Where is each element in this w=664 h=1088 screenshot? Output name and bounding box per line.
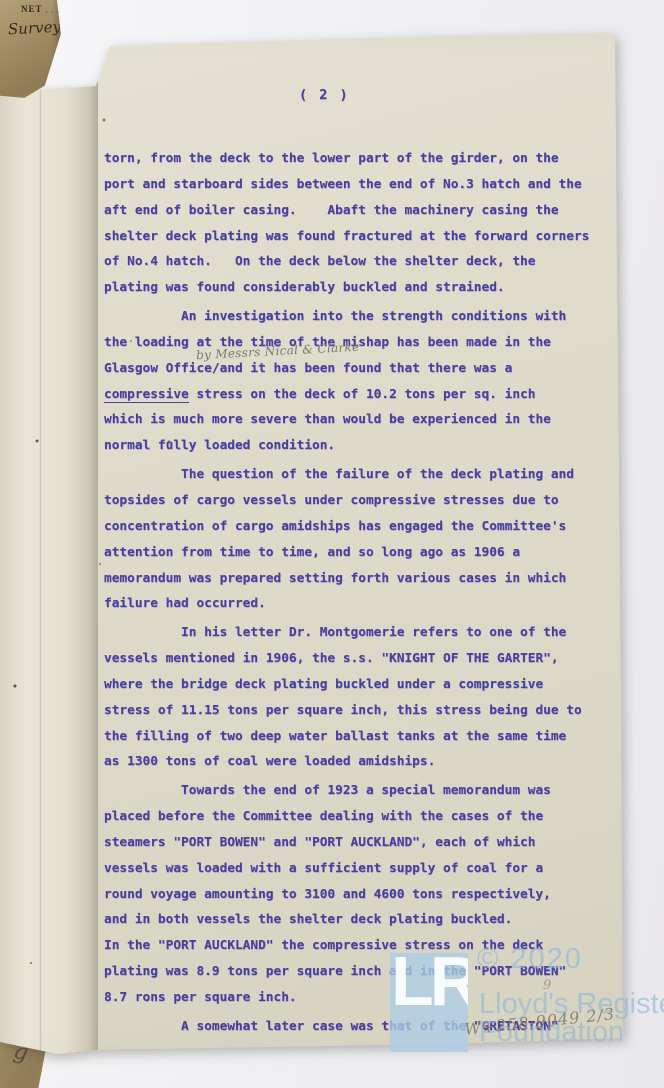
typewritten-line: attention from time to time, and so long… [104,540,616,566]
document-scan: g NET ..... Survey ( 2 ) torn, from the … [0,0,664,1088]
typewritten-line: plating was 8.9 tons per square inch and… [104,959,616,985]
typewritten-line: as 1300 tons of coal were loaded amidshi… [104,749,616,775]
typewritten-line: The question of the failure of the deck … [104,462,616,488]
typewritten-line: In his letter Dr. Montgomerie refers to … [104,620,616,646]
typewritten-line: aft end of boiler casing. Abaft the mach… [104,198,616,224]
paragraph: The question of the failure of the deck … [104,462,616,617]
typewritten-line: placed before the Committee dealing with… [104,804,616,830]
page-number: ( 2 ) [299,87,350,103]
typewritten-line: An investigation into the strength condi… [104,304,616,330]
paragraph: torn, from the deck to the lower part of… [104,146,616,301]
typewritten-line: of No.4 hatch. On the deck below the she… [104,249,616,275]
typewritten-body: torn, from the deck to the lower part of… [104,146,616,1040]
typewritten-line: shelter deck plating was found fractured… [104,224,616,250]
typewritten-line: the filling of two deep water ballast ta… [104,724,616,750]
paragraph: An investigation into the strength condi… [104,304,616,459]
typewritten-line: the loading at the time of the mishap ha… [104,330,616,356]
typewritten-line: where the bridge deck plating buckled un… [104,672,616,698]
typescript-layer: ( 2 ) torn, from the deck to the lower p… [0,0,664,1088]
typewritten-line: Towards the end of 1923 a special memora… [104,778,616,804]
typewritten-line: which is much more severe than would be … [104,407,616,433]
typewritten-line: topsides of cargo vessels under compress… [104,488,616,514]
typewritten-line: plating was found considerably buckled a… [104,275,616,301]
typewritten-line: 8.7 rons per square inch. [104,985,616,1011]
typewritten-line: vessels was loaded with a sufficient sup… [104,856,616,882]
typewritten-line: and in both vessels the shelter deck pla… [104,907,616,933]
paragraph: Towards the end of 1923 a special memora… [104,778,616,1011]
typewritten-line: compressive stress on the deck of 10.2 t… [104,382,616,408]
typewritten-line: memorandum was prepared setting forth va… [104,566,616,592]
typewritten-line: round voyage amounting to 3100 and 4600 … [104,882,616,908]
typewritten-line: steamers "PORT BOWEN" and "PORT AUCKLAND… [104,830,616,856]
pencil-small-mark: 9 [543,978,551,993]
paragraph: In his letter Dr. Montgomerie refers to … [104,620,616,775]
typewritten-line: vessels mentioned in 1906, the s.s. "KNI… [104,646,616,672]
typewritten-line: stress of 11.15 tons per square inch, th… [104,698,616,724]
typewritten-line: normal fully loaded condition. [104,433,616,459]
typewritten-line: port and starboard sides between the end… [104,172,616,198]
underlined-word: compressive [104,387,189,404]
typewritten-line: torn, from the deck to the lower part of… [104,146,616,172]
typewritten-line: failure had occurred. [104,591,616,617]
typewritten-line: Glasgow Office/and it has been found tha… [104,356,616,382]
typewritten-line: concentration of cargo amidships has eng… [104,514,616,540]
typewritten-line: In the "PORT AUCKLAND" the compressive s… [104,933,616,959]
